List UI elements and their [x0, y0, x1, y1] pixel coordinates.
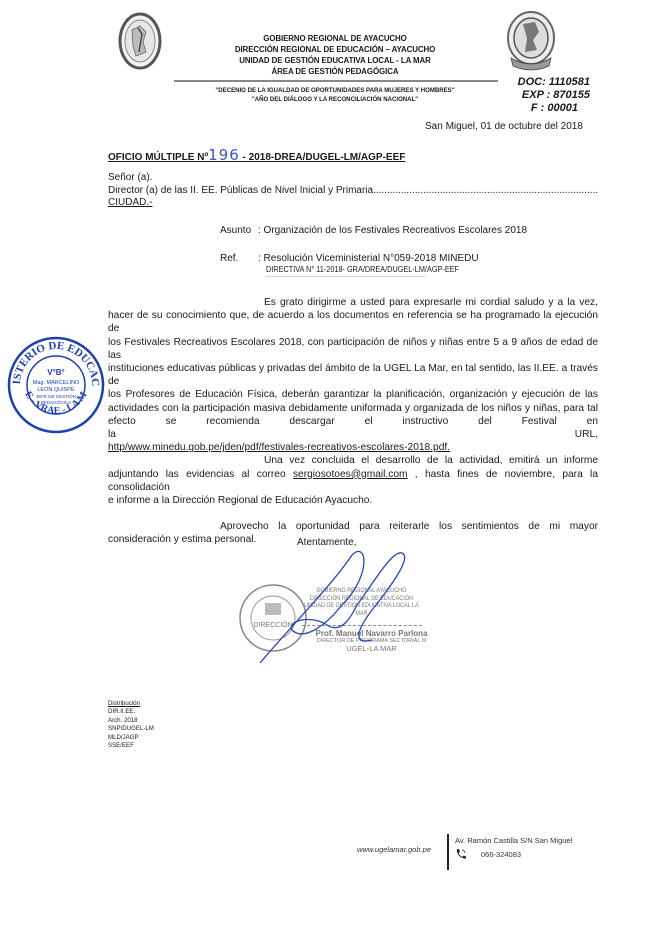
body-line: Una vez concluida el desarrollo de la ac… [264, 454, 598, 467]
signature-area: DIRECCIÓN GOBIERNO REGIONAL AYACUCHO DIR… [232, 545, 452, 670]
motto-line: "AÑO DEL DIÁLOGO Y LA RECONCILIACIÓN NAC… [192, 96, 477, 105]
doc-number: DOC: 1110581 [500, 76, 590, 89]
ref-label: Ref. [220, 253, 258, 264]
body-line: Aprovecho la oportunidad para reiterarle… [220, 520, 598, 533]
right-logo [505, 10, 557, 74]
place-date: San Miguel, 01 de octubre del 2018 [425, 120, 583, 133]
header-mottos: "DECENIO DE LA IGUALDAD DE OPORTUNIDADES… [180, 87, 490, 104]
email-link[interactable]: sergiosotoes@gmail.com [293, 469, 408, 480]
footer-address: Av. Ramón Castilla S/N San Miguel [455, 836, 572, 845]
footer-website[interactable]: www.ugelamar.gob.pe [357, 845, 431, 854]
addressee: Señor (a). Director (a) de las II. EE. P… [108, 172, 598, 210]
distribution-list: Distribución DIR.II.EE. Arch. 2018 SNP/D… [108, 700, 154, 750]
header-divider [174, 80, 498, 82]
svg-text:LEON QUISPE: LEON QUISPE [37, 387, 75, 393]
svg-text:Mag. MARCELINO: Mag. MARCELINO [33, 380, 80, 386]
body-line: instituciones educativas públicas y priv… [108, 362, 598, 388]
svg-text:JEFE DE GESTIÓN: JEFE DE GESTIÓN [36, 393, 76, 399]
recipient-line: Director (a) de las II. EE. Públicas de … [108, 185, 598, 198]
salutation: Señor (a). [108, 172, 598, 185]
footer-phone: 066-324083 [481, 850, 521, 859]
svg-text:PEDAGÓGICA: PEDAGÓGICA [41, 399, 71, 405]
ref-line-1: : Resolución Viceministerial N°059-2018 … [258, 253, 479, 264]
left-logo [118, 12, 162, 70]
oficio-prefix: OFICIO MÚLTIPLE Nº [108, 152, 208, 163]
reference-block: Ref.: Resolución Viceministerial N°059-2… [220, 253, 566, 280]
body-line: e informe a la Dirección Regional de Edu… [108, 494, 598, 507]
city: CIUDAD.- [108, 197, 598, 210]
body-paragraph-1: Es grato dirigirme a usted para expresar… [108, 296, 598, 547]
festival-url-link[interactable]: http/www.minedu.gob.pe/jden/pdf/festival… [108, 441, 598, 454]
body-line: los Festivales Recreativos Escolares 201… [108, 336, 598, 362]
header-line: UNIDAD DE GESTIÓN EDUCATIVA LOCAL - LA M… [202, 55, 469, 66]
distribution-item: SNP/DUGEL-LM [108, 725, 154, 733]
subject-line: Asunto: Organización de los Festivales R… [220, 225, 527, 236]
recipient-dots: ........................................… [373, 185, 598, 196]
distribution-title: Distribución [108, 700, 154, 708]
distribution-item: SSE/EEF [108, 742, 154, 750]
body-line: actividades con la participación masiva … [108, 402, 598, 415]
body-line: los Profesores de Educación Física, debe… [108, 388, 598, 401]
oficio-title: OFICIO MÚLTIPLE Nº196 - 2018-DREA/DUGEL-… [108, 146, 405, 164]
folio-number: F : 00001 [500, 102, 590, 115]
distribution-item: MLD/JAGP [108, 734, 154, 742]
distribution-item: Arch. 2018 [108, 717, 154, 725]
document-metadata: DOC: 1110581 EXP : 870155 F : 00001 [500, 76, 590, 115]
body-line: Es grato dirigirme a usted para expresar… [264, 296, 598, 309]
vobo-stamp: MINISTERIO DE EDUCACIÓN UEE - VRAE - LA … [6, 335, 106, 435]
handwritten-signature [232, 545, 452, 670]
recipient: Director (a) de las II. EE. Públicas de … [108, 185, 373, 196]
oficio-suffix: - 2018-DREA/DUGEL-LM/AGP-EEF [240, 152, 406, 163]
header-line: ÁREA DE GESTIÓN PEDAGÓGICA [202, 66, 469, 77]
body-line: hacer de su conocimiento que, de acuerdo… [108, 309, 598, 335]
svg-text:MINISTERIO DE EDUCACIÓN: MINISTERIO DE EDUCACIÓN [6, 335, 101, 387]
body-line: adjuntando las evidencias al correo serg… [108, 468, 598, 494]
distribution-item: DIR.II.EE. [108, 708, 154, 716]
footer-divider [447, 834, 449, 870]
body-text: adjuntando las evidencias al correo [108, 469, 293, 480]
exp-number: EXP : 870155 [500, 89, 590, 102]
header-line: DIRECCIÓN REGIONAL DE EDUCACIÓN – AYACUC… [202, 44, 469, 55]
subject-value: : Organización de los Festivales Recreat… [258, 225, 527, 236]
phone-icon [455, 847, 467, 859]
header-line: GOBIERNO REGIONAL DE AYACUCHO [202, 33, 469, 44]
svg-text:V°B°: V°B° [47, 368, 65, 377]
subject-label: Asunto [220, 225, 258, 236]
body-line: efecto se recomienda descargar el instru… [108, 415, 598, 441]
ref-line-2: DIRECTIVA N° 11-2018- GRA/DREA/DUGEL-LM/… [266, 264, 521, 274]
motto-line: "DECENIO DE LA IGUALDAD DE OPORTUNIDADES… [192, 87, 477, 96]
institution-header: GOBIERNO REGIONAL DE AYACUCHO DIRECCIÓN … [190, 33, 480, 77]
ref-separator: ----------------------------------------… [266, 274, 566, 280]
oficio-number: 196 [208, 146, 240, 164]
